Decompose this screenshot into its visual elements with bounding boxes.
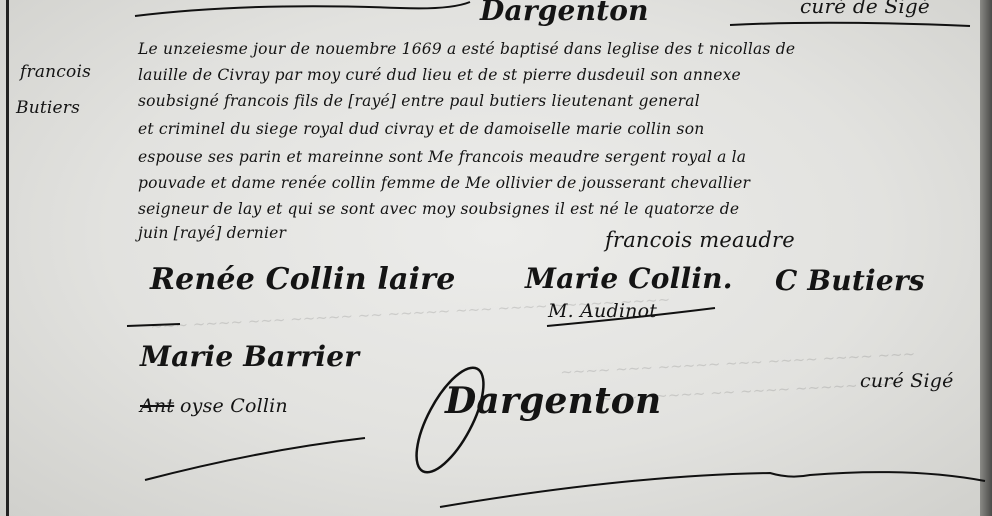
entry-line-8: juin [rayé] dernier bbox=[138, 224, 286, 242]
entry-line-7: seigneur de lay et qui se sont avec moy … bbox=[138, 200, 739, 218]
signature-renee-collin: Renée Collin laire bbox=[150, 262, 456, 297]
entry-line-6: pouvade et dame renée collin femme de Me… bbox=[138, 174, 750, 192]
entry-line-5: espouse ses parin et mareinne sont Me fr… bbox=[138, 148, 746, 166]
signature-marie-barrier: Marie Barrier bbox=[140, 340, 359, 373]
signature-cure-title: curé Sigé bbox=[860, 370, 954, 392]
margin-rule bbox=[6, 0, 9, 516]
signature-divider-line bbox=[140, 430, 380, 490]
previous-signature-title: curé de Sigé bbox=[800, 0, 930, 18]
margin-note-surname: Butiers bbox=[16, 98, 80, 118]
margin-note-first-name: francois bbox=[20, 62, 91, 82]
entry-line-2: lauille de Civray par moy curé dud lieu … bbox=[138, 66, 741, 84]
entry-line-4: et criminel du siege royal dud civray et… bbox=[138, 120, 704, 138]
signature-marie-collin: Marie Collin. bbox=[525, 262, 733, 295]
entry-line-3: soubsigné francois fils de [rayé] entre … bbox=[138, 92, 700, 110]
signature-loyse-struck: Ant bbox=[140, 395, 174, 417]
signature-dargenton: Dargenton bbox=[445, 380, 661, 422]
previous-signature-dargenton: Dargenton bbox=[480, 0, 649, 27]
signature-loyse-collin: oyse Collin bbox=[180, 395, 288, 417]
renee-underline bbox=[125, 320, 185, 332]
bottom-rule-line bbox=[430, 455, 990, 515]
signature-butiers: C Butiers bbox=[775, 264, 925, 297]
register-page: ~~~ ~~~~ ~~~ ~~~~~ ~~ ~~~~~ ~~~ ~~~~ ~~~… bbox=[0, 0, 992, 516]
signature-meaudre: francois meaudre bbox=[605, 228, 795, 252]
audinot-underline bbox=[545, 300, 725, 330]
binding-edge bbox=[980, 0, 992, 516]
entry-line-1: Le unzeiesme jour de nouembre 1669 a est… bbox=[138, 40, 795, 58]
